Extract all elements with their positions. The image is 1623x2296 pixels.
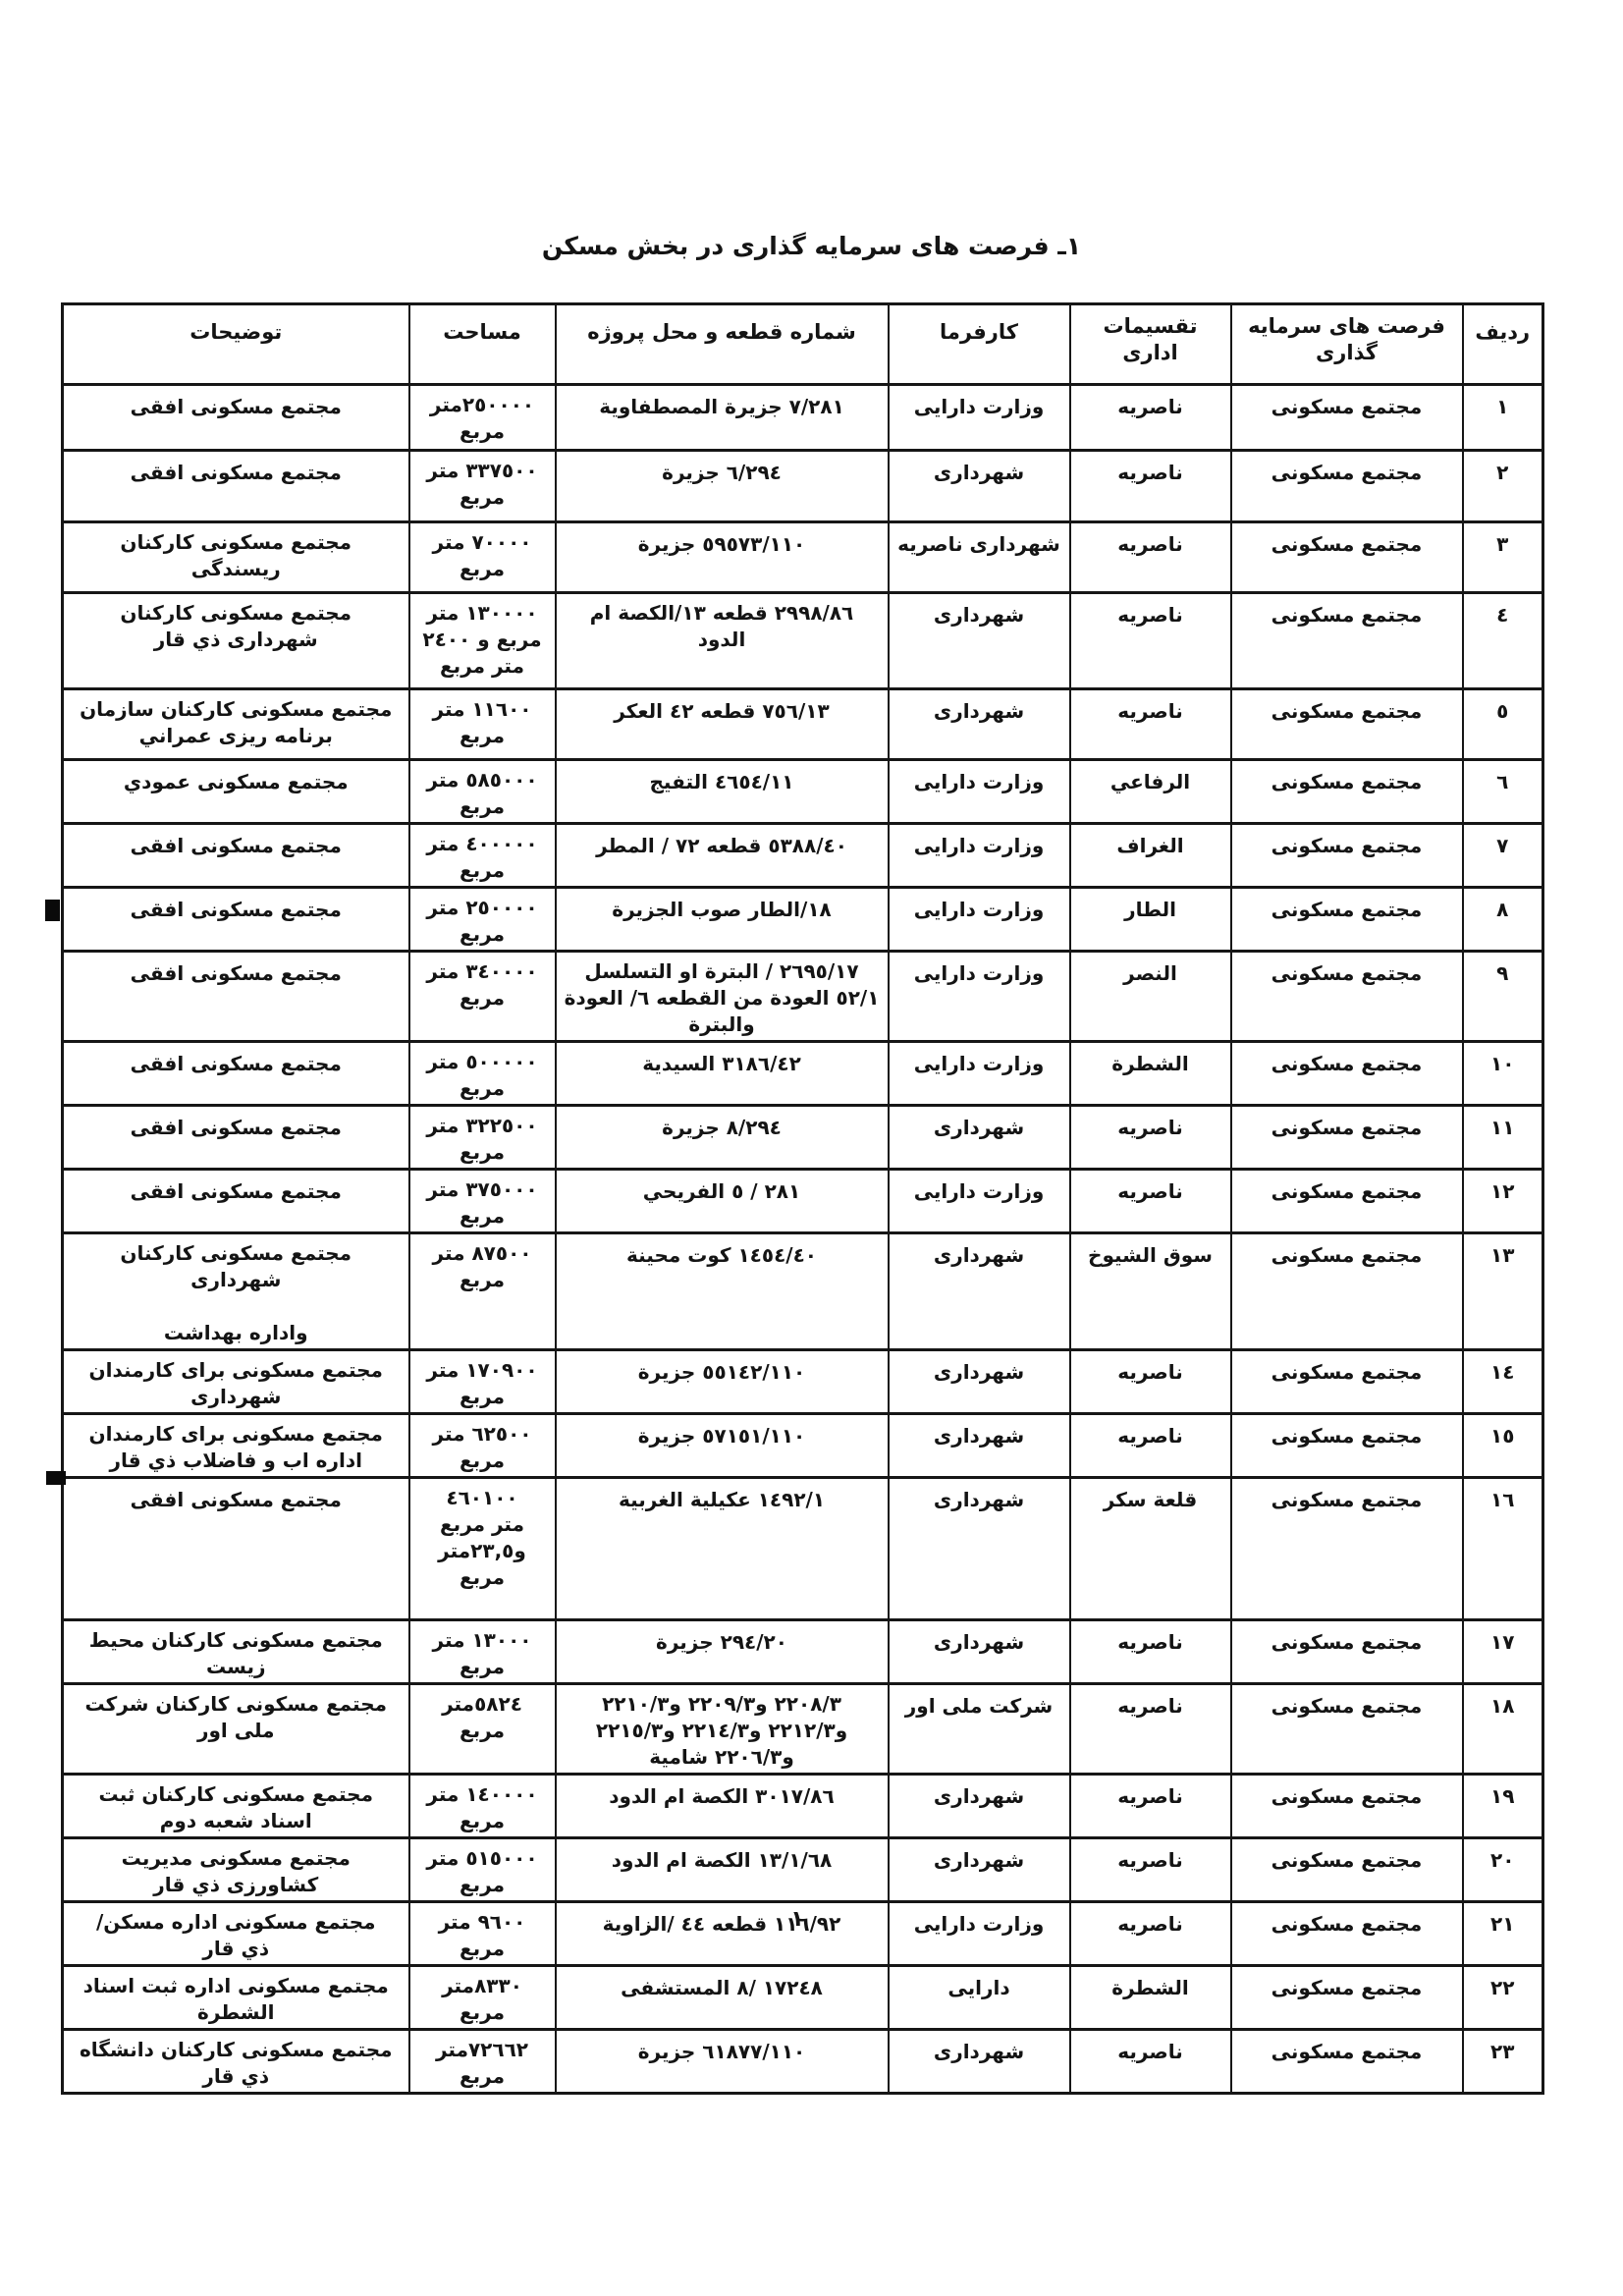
page-number: ١ [776, 1907, 819, 1932]
cell-opportunity: مجتمع مسکونی [1231, 385, 1463, 451]
cell-line: مجتمع مسکونی کارکنان ثبت [68, 1781, 405, 1808]
cell-line: مجتمع مسکونی کارکنان محیط [68, 1627, 405, 1654]
cell-employer: شهرداری [889, 1414, 1070, 1478]
cell-plot: ٢٢٠٨/٣ و٢٢٠٩/٣ و٢٢١٠/٣و٢٢١٢/٣ و٢٢١٤/٣ و٢… [556, 1684, 889, 1775]
cell-notes: مجتمع مسکونی افقی [63, 451, 409, 522]
cell-area: ٣٤٠٠٠٠ مترمربع [409, 952, 556, 1042]
cell-no: ١٤ [1463, 1350, 1543, 1414]
cell-notes: مجتمع مسکونی برای کارمندانشهرداری [63, 1350, 409, 1414]
cell-no: ٢١ [1463, 1902, 1543, 1966]
cell-no: ٢ [1463, 451, 1543, 522]
cell-opportunity: مجتمع مسکونی [1231, 824, 1463, 888]
cell-opportunity: مجتمع مسکونی [1231, 451, 1463, 522]
cell-line: ٥١٥٠٠٠ متر [414, 1845, 551, 1872]
cell-division: ناصریه [1070, 522, 1231, 593]
cell-line: مربع [414, 1203, 551, 1230]
cell-area: ٧٠٠٠٠ مترمربع [409, 522, 556, 593]
table-row: ٨مجتمع مسکونیالطاروزارت دارایی١٨/الطار ص… [63, 888, 1543, 952]
cell-line: تقسیمات [1075, 313, 1226, 340]
cell-area: ١٧٠٩٠٠ مترمربع [409, 1350, 556, 1414]
cell-line: مربع [414, 556, 551, 582]
table-row: ٦مجتمع مسکونیالرفاعيوزارت دارایی٤٦٥٤/١١ … [63, 760, 1543, 824]
cell-line: مربع [414, 1267, 551, 1293]
cell-no: ١٣ [1463, 1233, 1543, 1350]
cell-employer: شهرداری [889, 1775, 1070, 1838]
cell-opportunity: مجتمع مسکونی [1231, 1478, 1463, 1620]
cell-line: ٨٧٥٠٠ متر [414, 1240, 551, 1267]
column-header-employer: کارفرما [889, 304, 1070, 385]
cell-plot: ١٣/١/٦٨ الکصة ام الدود [556, 1838, 889, 1902]
cell-line: مربع [414, 1718, 551, 1744]
table-row: ١٧مجتمع مسکونیناصریهشهرداری٢٩٤/٢٠ جزیرة١… [63, 1620, 1543, 1684]
cell-area: ٤٦٠١٠٠متر مربعو٢٣,٥مترمربع [409, 1478, 556, 1620]
cell-line: مجتمع مسکونی مدیریت [68, 1845, 405, 1872]
cell-division: النصر [1070, 952, 1231, 1042]
cell-employer: شهرداری [889, 1620, 1070, 1684]
cell-no: ٢٢ [1463, 1966, 1543, 2030]
cell-employer: وزارت دارایی [889, 385, 1070, 451]
cell-notes: مجتمع مسکونی افقی [63, 385, 409, 451]
cell-opportunity: مجتمع مسکونی [1231, 1684, 1463, 1775]
cell-line: ذي قار [68, 2063, 405, 2090]
cell-opportunity: مجتمع مسکونی [1231, 1838, 1463, 1902]
cell-line: ١١٦٠٠ متر [414, 696, 551, 723]
cell-notes: مجتمع مسکونی کارکنانریسندگی [63, 522, 409, 593]
cell-line: شهرداری [68, 1384, 405, 1410]
cell-line: ذي قار [68, 1936, 405, 1962]
cell-no: ١٥ [1463, 1414, 1543, 1478]
cell-division: ناصریه [1070, 593, 1231, 689]
cell-area: ٣٣٧٥٠٠ مترمربع [409, 451, 556, 522]
cell-division: ناصریه [1070, 1684, 1231, 1775]
cell-line: مربع [414, 1936, 551, 1962]
cell-line: ١٤٠٠٠٠ متر [414, 1781, 551, 1808]
cell-plot: ٧٥٦/١٣ قطعه ٤٢ العکر [556, 689, 889, 760]
scan-artifact [45, 900, 60, 921]
cell-line: مجتمع مسکونی کارکنان دانشگاه [68, 2037, 405, 2063]
cell-line: ٤٠٠٠٠٠ متر [414, 831, 551, 857]
cell-opportunity: مجتمع مسکونی [1231, 522, 1463, 593]
cell-no: ٢٠ [1463, 1838, 1543, 1902]
table-row: ٢مجتمع مسکونیناصریهشهرداری٦/٢٩٤ جزیرة٣٣٧… [63, 451, 1543, 522]
cell-no: ٩ [1463, 952, 1543, 1042]
cell-notes: مجتمع مسکونی کارکنانشهرداری واداره بهداش… [63, 1233, 409, 1350]
cell-employer: شهرداری ناصریه [889, 522, 1070, 593]
cell-area: ٢٥٠٠٠٠ مترمربع [409, 888, 556, 952]
cell-line: ٣٣٧٥٠٠ متر [414, 458, 551, 484]
cell-line: مربع [414, 793, 551, 820]
cell-line: مجتمع مسکونی اداره ثبت اسناد [68, 1973, 405, 1999]
cell-line: مربع [414, 1139, 551, 1166]
cell-no: ١٨ [1463, 1684, 1543, 1775]
cell-line: ٣٢٢٥٠٠ متر [414, 1113, 551, 1139]
cell-division: ناصریه [1070, 689, 1231, 760]
cell-area: ٢٥٠٠٠٠مترمربع [409, 385, 556, 451]
column-header-notes: توضیحات [63, 304, 409, 385]
cell-employer: شهرداری [889, 1478, 1070, 1620]
cell-line: ٤٦٠١٠٠ [414, 1485, 551, 1511]
cell-opportunity: مجتمع مسکونی [1231, 888, 1463, 952]
cell-notes: مجتمع مسکونی اداره ثبت اسنادالشطرة [63, 1966, 409, 2030]
cell-area: ٥٨٥٠٠٠ مترمربع [409, 760, 556, 824]
cell-line: ٢٥٠٠٠٠متر [414, 392, 551, 418]
cell-area: ١٤٠٠٠٠ مترمربع [409, 1775, 556, 1838]
cell-opportunity: مجتمع مسکونی [1231, 952, 1463, 1042]
cell-area: ٦٢٥٠٠ مترمربع [409, 1414, 556, 1478]
cell-no: ١ [1463, 385, 1543, 451]
cell-notes: مجتمع مسکونی عمودي [63, 760, 409, 824]
cell-line: واداره بهداشت [68, 1320, 405, 1346]
cell-plot: ٥٧١٥١/١١٠ جزیرة [556, 1414, 889, 1478]
table-header-row: ردیففرصت های سرمایهگذاریتقسیماتاداریکارف… [63, 304, 1543, 385]
cell-opportunity: مجتمع مسکونی [1231, 1106, 1463, 1170]
cell-line: ٩٦٠٠ متر [414, 1909, 551, 1936]
cell-opportunity: مجتمع مسکونی [1231, 1414, 1463, 1478]
table-row: ١١مجتمع مسکونیناصریهشهرداری٨/٢٩٤ جزیرة٣٢… [63, 1106, 1543, 1170]
cell-division: ناصریه [1070, 2030, 1231, 2094]
cell-line: و٢٢٠٦/٣ شامیة [561, 1744, 884, 1771]
cell-line: گذاری [1236, 340, 1458, 366]
cell-division: سوق الشیوخ [1070, 1233, 1231, 1350]
table-row: ١٢مجتمع مسکونیناصریهوزارت دارایی٢٨١ / ٥ … [63, 1170, 1543, 1233]
cell-plot: ٦١٨٧٧/١١٠ جزیرة [556, 2030, 889, 2094]
cell-line: مربع [414, 1384, 551, 1410]
cell-area: ٣٧٥٠٠٠ مترمربع [409, 1170, 556, 1233]
cell-employer: شهرداری [889, 1106, 1070, 1170]
cell-line: مربع [414, 1564, 551, 1591]
table-row: ١٨مجتمع مسکونیناصریهشرکت ملی اور٢٢٠٨/٣ و… [63, 1684, 1543, 1775]
cell-notes: مجتمع مسکونی افقی [63, 824, 409, 888]
cell-plot: ٣٠١٧/٨٦ الکصة ام الدود [556, 1775, 889, 1838]
table-header: ردیففرصت های سرمایهگذاریتقسیماتاداریکارف… [63, 304, 1543, 385]
cell-no: ٦ [1463, 760, 1543, 824]
cell-notes: مجتمع مسکونی کارکنان سازمانبرنامه ریزی ع… [63, 689, 409, 760]
cell-no: ١٩ [1463, 1775, 1543, 1838]
cell-line: ١٣٠٠٠ متر [414, 1627, 551, 1654]
scan-artifact [46, 1471, 66, 1485]
table-row: ١٦مجتمع مسکونیقلعة سکرشهرداری١٤٩٢/١ عکیل… [63, 1478, 1543, 1620]
cell-division: ناصریه [1070, 385, 1231, 451]
cell-opportunity: مجتمع مسکونی [1231, 593, 1463, 689]
cell-line: اسناد شعبه دوم [68, 1808, 405, 1834]
cell-employer: وزارت دارایی [889, 760, 1070, 824]
cell-line: الدود [561, 627, 884, 653]
table-row: ١٥مجتمع مسکونیناصریهشهرداری٥٧١٥١/١١٠ جزی… [63, 1414, 1543, 1478]
cell-notes: مجتمع مسکونی کارکنان دانشگاهذي قار [63, 2030, 409, 2094]
cell-notes: مجتمع مسکونی برای کارمنداناداره اب و فاض… [63, 1414, 409, 1478]
cell-area: ٤٠٠٠٠٠ مترمربع [409, 824, 556, 888]
cell-division: ناصریه [1070, 1902, 1231, 1966]
cell-notes: مجتمع مسکونی افقی [63, 888, 409, 952]
cell-opportunity: مجتمع مسکونی [1231, 1966, 1463, 2030]
cell-employer: شهرداری [889, 593, 1070, 689]
cell-no: ٣ [1463, 522, 1543, 593]
cell-line: ٢٩٩٨/٨٦ قطعه ١٣/الکصة ام [561, 600, 884, 627]
cell-opportunity: مجتمع مسکونی [1231, 2030, 1463, 2094]
cell-line: ٢٦٩٥/١٧ / البترة او التسلسل [561, 958, 884, 985]
cell-line: مجتمع مسکونی کارکنان سازمان [68, 696, 405, 723]
cell-plot: ١٤٩٢/١ عکیلیة الغربیة [556, 1478, 889, 1620]
cell-line: مربع [414, 723, 551, 749]
cell-division: ناصریه [1070, 1838, 1231, 1902]
cell-notes: مجتمع مسکونی افقی [63, 1042, 409, 1106]
cell-line: ٢٢٠٨/٣ و٢٢٠٩/٣ و٢٢١٠/٣ [561, 1691, 884, 1718]
cell-employer: وزارت دارایی [889, 1902, 1070, 1966]
cell-area: ١١٦٠٠ مترمربع [409, 689, 556, 760]
cell-line: ٣٧٥٠٠٠ متر [414, 1176, 551, 1203]
cell-area: ٨٣٣٠مترمربع [409, 1966, 556, 2030]
table-row: ٤مجتمع مسکونیناصریهشهرداری٢٩٩٨/٨٦ قطعه ١… [63, 593, 1543, 689]
cell-line: متر مربع [414, 653, 551, 680]
investment-opportunities-table: ردیففرصت های سرمایهگذاریتقسیماتاداریکارف… [61, 302, 1544, 2095]
cell-area: ٨٧٥٠٠ مترمربع [409, 1233, 556, 1350]
cell-plot: ٢٨١ / ٥ الفریحي [556, 1170, 889, 1233]
cell-division: ناصریه [1070, 1414, 1231, 1478]
cell-notes: مجتمع مسکونی کارکنان محیطزیست [63, 1620, 409, 1684]
cell-line: مربع [414, 857, 551, 884]
cell-line: مربع [414, 418, 551, 445]
cell-line: ریسندگی [68, 556, 405, 582]
cell-no: ٢٣ [1463, 2030, 1543, 2094]
table-row: ١٠مجتمع مسکونیالشطرةوزارت دارایی٣١٨٦/٤٢ … [63, 1042, 1543, 1106]
cell-line: ٥٢/١ العودة من القطعه ٦/ العودة [561, 985, 884, 1011]
cell-employer: وزارت دارایی [889, 952, 1070, 1042]
cell-plot: ١٧٢٤٨ /٨ المستشفى [556, 1966, 889, 2030]
cell-line: مربع [414, 1448, 551, 1474]
cell-line: مربع [414, 2063, 551, 2090]
cell-line: مربع [414, 1999, 551, 2026]
cell-plot: ١٤٥٤/٤٠ کوت محینة [556, 1233, 889, 1350]
cell-notes: مجتمع مسکونی افقی [63, 1478, 409, 1620]
cell-line: مربع [414, 484, 551, 511]
table-row: ٢٠مجتمع مسکونیناصریهشهرداری١٣/١/٦٨ الکصة… [63, 1838, 1543, 1902]
cell-no: ٤ [1463, 593, 1543, 689]
cell-line: والبترة [561, 1011, 884, 1038]
cell-division: قلعة سکر [1070, 1478, 1231, 1620]
cell-line: مجتمع مسکونی برای کارمندان [68, 1357, 405, 1384]
cell-line: اداری [1075, 340, 1226, 366]
column-header-no: ردیف [1463, 304, 1543, 385]
cell-division: الشطرة [1070, 1966, 1231, 2030]
cell-employer: شهرداری [889, 1350, 1070, 1414]
cell-line: کشاورزی ذي قار [68, 1872, 405, 1898]
cell-no: ١٢ [1463, 1170, 1543, 1233]
cell-notes: مجتمع مسکونی کارکنان ثبتاسناد شعبه دوم [63, 1775, 409, 1838]
cell-line: و٢٣,٥متر [414, 1538, 551, 1564]
table-row: ٧مجتمع مسکونیالغرافوزارت دارایی٥٣٨٨/٤٠ ق… [63, 824, 1543, 888]
cell-no: ١٧ [1463, 1620, 1543, 1684]
cell-line: مجتمع مسکونی کارکنان [68, 1240, 405, 1267]
cell-notes: مجتمع مسکونی اداره مسکن/ذي قار [63, 1902, 409, 1966]
cell-line: مجتمع مسکونی برای کارمندان [68, 1421, 405, 1448]
cell-no: ١٦ [1463, 1478, 1543, 1620]
scanned-document-page: ١ـ فرصت های سرمایه گذاری در بخش مسکن ردی… [0, 0, 1623, 2296]
cell-division: ناصریه [1070, 1350, 1231, 1414]
cell-employer: شهرداری [889, 1233, 1070, 1350]
cell-line: مربع [414, 1808, 551, 1834]
cell-no: ٥ [1463, 689, 1543, 760]
cell-line: ٦٢٥٠٠ متر [414, 1421, 551, 1448]
cell-employer: دارایی [889, 1966, 1070, 2030]
cell-employer: وزارت دارایی [889, 888, 1070, 952]
cell-area: ١٣٠٠٠٠ مترمربع و ٢٤٠٠متر مربع [409, 593, 556, 689]
cell-division: ناصریه [1070, 1775, 1231, 1838]
cell-plot: ٣١٨٦/٤٢ السیدیة [556, 1042, 889, 1106]
table-row: ٢٢مجتمع مسکونیالشطرةدارایی١٧٢٤٨ /٨ المست… [63, 1966, 1543, 2030]
cell-line: شهرداری [68, 1267, 405, 1293]
cell-area: ١٣٠٠٠ مترمربع [409, 1620, 556, 1684]
table-row: ١٣مجتمع مسکونیسوق الشیوخشهرداری١٤٥٤/٤٠ ک… [63, 1233, 1543, 1350]
cell-line: ٥٨٥٠٠٠ متر [414, 767, 551, 793]
cell-notes: مجتمع مسکونی افقی [63, 952, 409, 1042]
cell-line: ٨٣٣٠متر [414, 1973, 551, 1999]
cell-division: الطار [1070, 888, 1231, 952]
table-row: ١٩مجتمع مسکونیناصریهشهرداری٣٠١٧/٨٦ الکصة… [63, 1775, 1543, 1838]
cell-notes: مجتمع مسکونی افقی [63, 1170, 409, 1233]
cell-plot: ١١٦/٩٢ قطعه ٤٤ /الزاویة [556, 1902, 889, 1966]
cell-notes: مجتمع مسکونی کارکنانشهرداری ذي قار [63, 593, 409, 689]
cell-opportunity: مجتمع مسکونی [1231, 1042, 1463, 1106]
cell-line: الشطرة [68, 1999, 405, 2026]
column-header-division: تقسیماتاداری [1070, 304, 1231, 385]
cell-line: ٧٠٠٠٠ متر [414, 529, 551, 556]
cell-notes: مجتمع مسکونی افقی [63, 1106, 409, 1170]
cell-line: اداره اب و فاضلاب ذي قار [68, 1448, 405, 1474]
cell-opportunity: مجتمع مسکونی [1231, 1775, 1463, 1838]
cell-opportunity: مجتمع مسکونی [1231, 1233, 1463, 1350]
cell-area: ٣٢٢٥٠٠ مترمربع [409, 1106, 556, 1170]
cell-line: ٢٥٠٠٠٠ متر [414, 895, 551, 921]
cell-line: ٣٤٠٠٠٠ متر [414, 958, 551, 985]
table-row: ٩مجتمع مسکونیالنصروزارت دارایی٢٦٩٥/١٧ / … [63, 952, 1543, 1042]
cell-plot: ٢٦٩٥/١٧ / البترة او التسلسل٥٢/١ العودة م… [556, 952, 889, 1042]
column-header-opportunity: فرصت های سرمایهگذاری [1231, 304, 1463, 385]
cell-plot: ٥٥١٤٢/١١٠ جزیرة [556, 1350, 889, 1414]
cell-line: و٢٢١٢/٣ و٢٢١٤/٣ و٢٢١٥/٣ [561, 1718, 884, 1744]
cell-opportunity: مجتمع مسکونی [1231, 760, 1463, 824]
cell-line: ١٣٠٠٠٠ متر [414, 600, 551, 627]
cell-plot: ٥٩٥٧٣/١١٠ جزیرة [556, 522, 889, 593]
cell-line: مجتمع مسکونی اداره مسکن/ [68, 1909, 405, 1936]
cell-plot: ٢٩٩٨/٨٦ قطعه ١٣/الکصة امالدود [556, 593, 889, 689]
table-row: ١٤مجتمع مسکونیناصریهشهرداری٥٥١٤٢/١١٠ جزی… [63, 1350, 1543, 1414]
cell-line: مجتمع مسکونی کارکنان شرکت [68, 1691, 405, 1718]
cell-division: ناصریه [1070, 1170, 1231, 1233]
column-header-plot: شماره قطعه و محل پروژه [556, 304, 889, 385]
cell-line: زیست [68, 1654, 405, 1680]
cell-line [68, 1293, 405, 1320]
cell-no: ٨ [1463, 888, 1543, 952]
cell-notes: مجتمع مسکونی مدیریتکشاورزی ذي قار [63, 1838, 409, 1902]
cell-plot: ١٨/الطار صوب الجزیرة [556, 888, 889, 952]
cell-employer: وزارت دارایی [889, 1170, 1070, 1233]
cell-plot: ٢٩٤/٢٠ جزیرة [556, 1620, 889, 1684]
cell-line: ملی اور [68, 1718, 405, 1744]
cell-opportunity: مجتمع مسکونی [1231, 1902, 1463, 1966]
cell-line: مربع [414, 921, 551, 948]
cell-employer: شهرداری [889, 689, 1070, 760]
cell-division: ناصریه [1070, 451, 1231, 522]
cell-line: ٧٢٦٦٢متر [414, 2037, 551, 2063]
cell-plot: ٤٦٥٤/١١ التفیج [556, 760, 889, 824]
cell-line: مجتمع مسکونی کارکنان [68, 600, 405, 627]
cell-no: ١٠ [1463, 1042, 1543, 1106]
cell-line: مجتمع مسکونی کارکنان [68, 529, 405, 556]
cell-area: ٥١٥٠٠٠ مترمربع [409, 1838, 556, 1902]
cell-area: ٥٠٠٠٠٠ مترمربع [409, 1042, 556, 1106]
cell-line: ١٧٠٩٠٠ متر [414, 1357, 551, 1384]
cell-line: برنامه ریزی عمراني [68, 723, 405, 749]
table-row: ٣مجتمع مسکونیناصریهشهرداری ناصریه٥٩٥٧٣/١… [63, 522, 1543, 593]
cell-division: ناصریه [1070, 1106, 1231, 1170]
cell-employer: شهرداری [889, 451, 1070, 522]
cell-line: مربع [414, 1654, 551, 1680]
cell-plot: ٧/٢٨١ جزیرة المصطفاویة [556, 385, 889, 451]
cell-line: مربع [414, 1075, 551, 1102]
cell-no: ٧ [1463, 824, 1543, 888]
table-row: ٢٣مجتمع مسکونیناصریهشهرداری٦١٨٧٧/١١٠ جزی… [63, 2030, 1543, 2094]
cell-employer: شرکت ملی اور [889, 1684, 1070, 1775]
cell-plot: ٨/٢٩٤ جزیرة [556, 1106, 889, 1170]
cell-opportunity: مجتمع مسکونی [1231, 1350, 1463, 1414]
cell-opportunity: مجتمع مسکونی [1231, 1620, 1463, 1684]
cell-line: متر مربع [414, 1511, 551, 1538]
cell-area: ٩٦٠٠ مترمربع [409, 1902, 556, 1966]
cell-area: ٥٨٢٤مترمربع [409, 1684, 556, 1775]
cell-employer: شهرداری [889, 1838, 1070, 1902]
cell-employer: وزارت دارایی [889, 824, 1070, 888]
cell-notes: مجتمع مسکونی کارکنان شرکتملی اور [63, 1684, 409, 1775]
cell-opportunity: مجتمع مسکونی [1231, 689, 1463, 760]
cell-area: ٧٢٦٦٢مترمربع [409, 2030, 556, 2094]
cell-no: ١١ [1463, 1106, 1543, 1170]
cell-division: الغراف [1070, 824, 1231, 888]
cell-line: مربع [414, 985, 551, 1011]
column-header-area: مساحت [409, 304, 556, 385]
cell-division: ناصریه [1070, 1620, 1231, 1684]
cell-opportunity: مجتمع مسکونی [1231, 1170, 1463, 1233]
cell-line: فرصت های سرمایه [1236, 313, 1458, 340]
cell-division: الشطرة [1070, 1042, 1231, 1106]
cell-plot: ٥٣٨٨/٤٠ قطعه ٧٢ / المطر [556, 824, 889, 888]
table-body: ١مجتمع مسکونیناصریهوزارت دارایی٧/٢٨١ جزی… [63, 385, 1543, 2094]
table-row: ٥مجتمع مسکونیناصریهشهرداری٧٥٦/١٣ قطعه ٤٢… [63, 689, 1543, 760]
table-row: ١مجتمع مسکونیناصریهوزارت دارایی٧/٢٨١ جزی… [63, 385, 1543, 451]
cell-line: مربع و ٢٤٠٠ [414, 627, 551, 653]
cell-line: ٥٠٠٠٠٠ متر [414, 1049, 551, 1075]
cell-division: الرفاعي [1070, 760, 1231, 824]
cell-plot: ٦/٢٩٤ جزیرة [556, 451, 889, 522]
cell-line: ٥٨٢٤متر [414, 1691, 551, 1718]
cell-employer: وزارت دارایی [889, 1042, 1070, 1106]
cell-line: شهرداری ذي قار [68, 627, 405, 653]
cell-line: مربع [414, 1872, 551, 1898]
cell-employer: شهرداری [889, 2030, 1070, 2094]
page-title: ١ـ فرصت های سرمایه گذاری در بخش مسکن [0, 232, 1623, 260]
